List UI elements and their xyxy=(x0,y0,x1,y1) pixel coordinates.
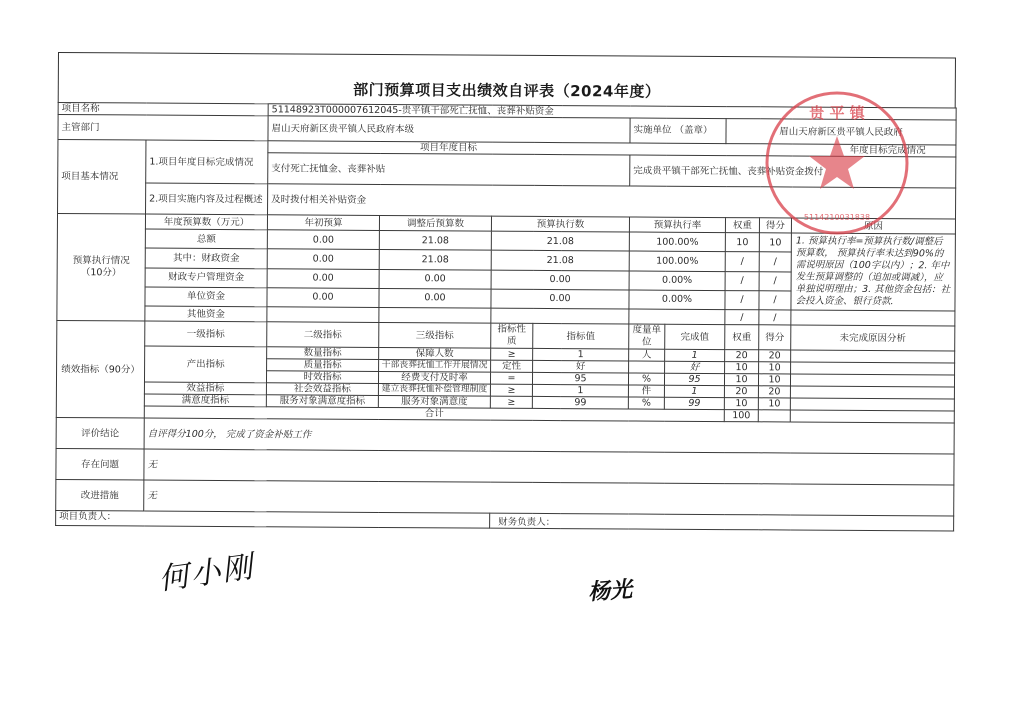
perf-score: 10 xyxy=(758,398,790,410)
perf-level3: 干部丧葬抚恤工作开展情况 xyxy=(379,359,491,372)
perf-level1: 满意度指标 xyxy=(144,394,266,407)
budget-row-rate: 100.00% xyxy=(629,251,725,271)
perf-level3: 保障人数 xyxy=(379,347,491,360)
budget-row-weight: / xyxy=(725,271,759,290)
perf-unit: 人 xyxy=(629,349,665,361)
goal-item-label: 1.项目年度目标完成情况 xyxy=(146,140,268,184)
budget-row-executed: 0.00 xyxy=(491,289,629,309)
budget-header-adjusted: 调整后预算数 xyxy=(379,215,491,231)
perf-total-weight: 100 xyxy=(724,410,758,422)
budget-row-label: 其他资金 xyxy=(145,306,267,322)
perf-level2: 时效指标 xyxy=(266,371,378,384)
perf-actual: 好 xyxy=(665,361,725,373)
budget-row-weight: / xyxy=(725,310,759,325)
impl-unit-label: 实施单位 （盖章） xyxy=(630,118,726,144)
budget-row-label: 总额 xyxy=(145,229,267,249)
perf-header-weight: 权重 xyxy=(725,325,759,350)
budget-row-rate: 100.00% xyxy=(629,232,725,252)
perf-level2: 服务对象满意度指标 xyxy=(266,395,378,408)
perf-nature: 定性 xyxy=(491,360,533,372)
process-item-label: 2.项目实施内容及过程概述 xyxy=(146,183,268,215)
perf-reason xyxy=(790,374,954,387)
goal-header-text: 项目年度目标 xyxy=(278,141,619,154)
perf-total-score xyxy=(758,410,790,422)
perf-header-level2: 二级指标 xyxy=(267,322,379,348)
basic-section-label: 项目基本情况 xyxy=(58,140,146,215)
project-lead-label: 项目负责人： xyxy=(56,510,490,528)
evaluation-form: 部门预算项目支出绩效自评表（2024年度） 项目名称 51148923T0000… xyxy=(55,52,956,595)
budget-row-score: / xyxy=(759,310,791,325)
perf-level3: 服务对象满意度 xyxy=(378,395,490,408)
budget-header-weight: 权重 xyxy=(725,218,759,233)
perf-level1: 效益指标 xyxy=(144,382,266,395)
budget-header-executed: 预算执行数 xyxy=(491,216,629,232)
budget-row-initial: 0.00 xyxy=(267,288,379,308)
budget-row-adjusted: 0.00 xyxy=(379,269,491,289)
perf-actual: 99 xyxy=(664,397,724,409)
page-title: 部门预算项目支出绩效自评表（2024年度） xyxy=(59,77,955,103)
perf-nature: ≥ xyxy=(491,348,533,360)
impl-unit-value: 眉山天府新区贵平镇人民政府 xyxy=(726,119,956,145)
budget-row-adjusted: 21.08 xyxy=(379,230,491,250)
budget-section-title: 预算执行情况 xyxy=(73,255,130,266)
budget-row-executed xyxy=(491,308,629,324)
budget-row-score: / xyxy=(759,252,791,271)
perf-score: 20 xyxy=(758,386,790,398)
budget-header-initial: 年初预算 xyxy=(267,215,379,231)
perf-weight: 10 xyxy=(724,398,758,410)
budget-row-label: 单位资金 xyxy=(145,287,267,307)
perf-actual: 1 xyxy=(664,385,724,397)
budget-row-adjusted: 0.00 xyxy=(379,288,491,308)
dept-label: 主管部门 xyxy=(58,115,268,141)
budget-row-rate: 0.00% xyxy=(629,270,725,290)
budget-row-executed: 21.08 xyxy=(491,250,629,270)
perf-nature: = xyxy=(490,372,532,384)
perf-header-target: 指标值 xyxy=(533,323,629,349)
perf-unit: % xyxy=(628,397,664,409)
perf-nature: ≥ xyxy=(490,384,532,396)
perf-level2: 质量指标 xyxy=(267,359,379,372)
goal-value: 支付死亡抚恤金、丧葬补贴 xyxy=(268,153,630,186)
budget-reason-blank xyxy=(791,310,955,326)
budget-section-score: （10分） xyxy=(81,267,122,278)
perf-header-unit: 度量单位 xyxy=(629,324,665,349)
perf-target: 1 xyxy=(532,384,628,397)
conclusion-value: 自评得分100分， 完成了资金补贴工作 xyxy=(144,418,954,454)
perf-header-actual: 完成值 xyxy=(665,324,725,349)
perf-target: 好 xyxy=(533,360,629,373)
conclusion-label: 评价结论 xyxy=(56,417,144,449)
budget-row-score: 10 xyxy=(759,233,791,252)
budget-row-weight: 10 xyxy=(725,233,759,252)
perf-score: 10 xyxy=(759,362,791,374)
budget-row-rate xyxy=(629,309,725,325)
budget-row-adjusted: 21.08 xyxy=(379,250,491,270)
budget-header-score: 得分 xyxy=(759,218,791,233)
perf-header-nature: 指标性质 xyxy=(491,323,533,348)
budget-section-label: 预算执行情况（10分） xyxy=(57,214,146,322)
perf-nature: ≥ xyxy=(490,396,532,408)
project-name-label: 项目名称 xyxy=(58,103,268,116)
issues-label: 存在问题 xyxy=(56,448,144,480)
perf-weight: 10 xyxy=(724,374,758,386)
perf-level2: 数量指标 xyxy=(267,347,379,360)
improve-label: 改进措施 xyxy=(56,479,144,511)
perf-weight: 20 xyxy=(724,386,758,398)
dept-value: 眉山天府新区贵平镇人民政府本级 xyxy=(268,116,630,143)
perf-level1: 产出指标 xyxy=(144,346,266,383)
perf-actual: 95 xyxy=(664,373,724,385)
budget-row-initial xyxy=(267,307,379,323)
perf-score: 10 xyxy=(758,374,790,386)
perf-reason xyxy=(790,386,954,399)
perf-level2: 社会效益指标 xyxy=(266,383,378,396)
perf-actual: 1 xyxy=(665,349,725,361)
budget-row-initial: 0.00 xyxy=(267,230,379,250)
completion-header-text: 年度目标完成情况 xyxy=(619,143,946,156)
completion-value: 完成贵平镇干部死亡抚恤、丧葬补贴资金拨付 xyxy=(630,155,956,188)
budget-row-label: 其中：财政资金 xyxy=(145,248,267,268)
budget-row-weight: / xyxy=(725,290,759,309)
budget-row-adjusted xyxy=(379,307,491,323)
perf-unit: % xyxy=(628,373,664,385)
budget-row-rate: 0.00% xyxy=(629,290,725,310)
perf-target: 1 xyxy=(533,348,629,361)
budget-row-initial: 0.00 xyxy=(267,249,379,269)
improve-value: 无 xyxy=(144,480,954,516)
perf-level3: 经费支付及时率 xyxy=(378,371,490,384)
perf-score: 20 xyxy=(759,350,791,362)
perf-unit: 件 xyxy=(628,385,664,397)
perf-level3: 建立丧葬抚恤补偿管理制度 xyxy=(378,383,490,396)
evaluation-table: 项目名称 51148923T000007612045-贵平镇干部死亡抚恤、丧葬补… xyxy=(55,102,957,531)
perf-header-reason: 未完成原因分析 xyxy=(791,325,955,351)
perf-reason xyxy=(791,362,955,375)
budget-row-weight: / xyxy=(725,252,759,271)
perf-section-label: 绩效指标（90分） xyxy=(56,320,145,418)
budget-row-executed: 21.08 xyxy=(491,231,629,251)
budget-header-reason: 原因 xyxy=(791,218,955,234)
budget-row-score: / xyxy=(759,271,791,290)
perf-unit xyxy=(629,361,665,373)
budget-header-rate: 预算执行率 xyxy=(629,217,725,233)
perf-target: 99 xyxy=(532,396,628,409)
perf-header-score: 得分 xyxy=(759,325,791,350)
budget-row-label: 财政专户管理资金 xyxy=(145,268,267,288)
perf-total-reason xyxy=(790,410,954,423)
perf-weight: 10 xyxy=(725,362,759,374)
budget-row-score: / xyxy=(759,291,791,310)
perf-header-level1: 一级指标 xyxy=(145,321,267,347)
perf-target: 95 xyxy=(532,372,628,385)
title-bar: 部门预算项目支出绩效自评表（2024年度） xyxy=(58,52,956,108)
perf-header-level3: 三级指标 xyxy=(379,322,491,348)
process-value: 及时拨付相关补贴资金 xyxy=(268,184,956,219)
budget-row-initial: 0.00 xyxy=(267,268,379,288)
finance-lead-label: 财务负责人： xyxy=(490,513,954,531)
issues-value: 无 xyxy=(144,449,954,485)
budget-header-label: 年度预算数（万元） xyxy=(145,214,267,230)
perf-reason xyxy=(790,398,954,411)
budget-row-executed: 0.00 xyxy=(491,270,629,290)
perf-weight: 20 xyxy=(725,350,759,362)
budget-reason-note: 1. 预算执行率=预算执行数/调整后预算数， 预算执行率未达到90%的需说明原因… xyxy=(791,233,956,311)
perf-reason xyxy=(791,350,955,363)
